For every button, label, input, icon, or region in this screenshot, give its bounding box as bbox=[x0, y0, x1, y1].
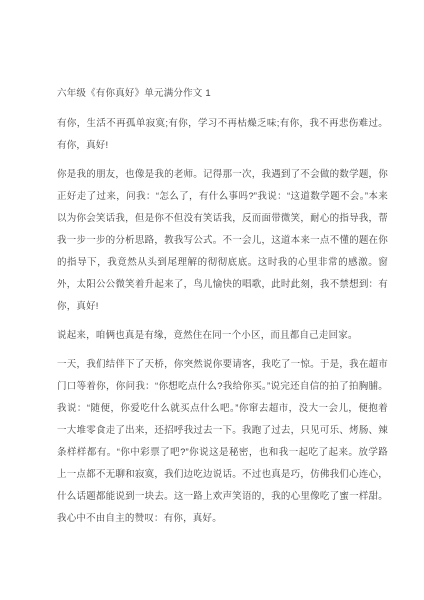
essay-paragraph-intro: 有你，生活不再孤单寂寞;有你，学习不再枯燥乏味;有你，我不再悲伤难过。有你，真好… bbox=[57, 113, 388, 157]
essay-paragraph-math-help: 你是我的朋友，也像是我的老师。记得那一次，我遇到了不会做的数学题，你正好走了过来… bbox=[57, 164, 388, 318]
essay-title: 六年级《有你真好》单元满分作文 1 bbox=[57, 83, 388, 105]
essay-page: 六年级《有你真好》单元满分作文 1 有你，生活不再孤单寂寞;有你，学习不再枯燥乏… bbox=[0, 0, 424, 600]
essay-paragraph-snacks: 一天，我们结伴下了天桥，你突然说你要请客，我吃了一惊。于是，我在超市门口等着你，… bbox=[57, 354, 388, 530]
essay-paragraph-neighborhood: 说起来，咱俩也真是有缘，竟然住在同一个小区，而且都自己走回家。 bbox=[57, 325, 388, 347]
